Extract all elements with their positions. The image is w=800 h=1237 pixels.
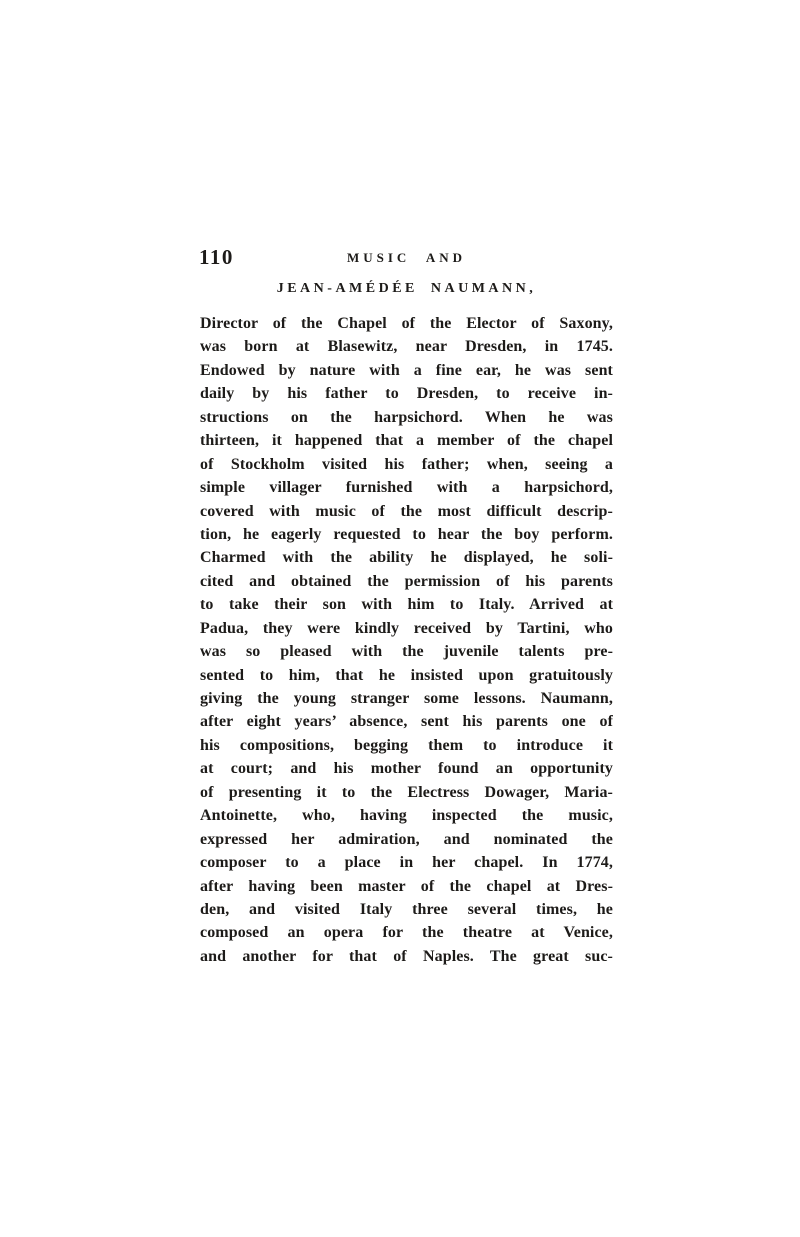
text-line: structions on the harpsichord. When he w… [200, 406, 613, 429]
text-line: sented to him, that he insisted upon gra… [200, 664, 613, 687]
text-line: Padua, they were kindly received by Tart… [200, 617, 613, 640]
text-line: was so pleased with the juvenile talents… [200, 640, 613, 663]
text-line: composer to a place in her chapel. In 17… [200, 851, 613, 874]
section-heading: JEAN-AMÉDÉE NAUMANN, [200, 281, 613, 297]
text-line: of presenting it to the Electress Dowage… [200, 781, 613, 804]
text-line: tion, he eagerly requested to hear the b… [200, 523, 613, 546]
text-line: to take their son with him to Italy. Arr… [200, 593, 613, 616]
text-line: daily by his father to Dresden, to recei… [200, 382, 613, 405]
running-header: MUSIC AND [200, 250, 613, 266]
text-line: composed an opera for the theatre at Ven… [200, 921, 613, 944]
text-line: at court; and his mother found an opport… [200, 757, 613, 780]
text-line: after eight years’ absence, sent his par… [200, 710, 613, 733]
text-line: giving the young stranger some lessons. … [200, 687, 613, 710]
text-line: Endowed by nature with a fine ear, he wa… [200, 359, 613, 382]
text-line: Director of the Chapel of the Elector of… [200, 312, 613, 335]
text-line: covered with music of the most difficult… [200, 500, 613, 523]
text-line: expressed her admiration, and nominated … [200, 828, 613, 851]
text-line: Charmed with the ability he displayed, h… [200, 546, 613, 569]
text-line: of Stockholm visited his father; when, s… [200, 453, 613, 476]
text-line: cited and obtained the permission of his… [200, 570, 613, 593]
book-page: 110 MUSIC AND JEAN-AMÉDÉE NAUMANN, Direc… [0, 0, 800, 1237]
text-line: thirteen, it happened that a member of t… [200, 429, 613, 452]
text-line: his compositions, begging them to introd… [200, 734, 613, 757]
text-line: den, and visited Italy three several tim… [200, 898, 613, 921]
text-line: was born at Blasewitz, near Dresden, in … [200, 335, 613, 358]
text-line: Antoinette, who, having inspected the mu… [200, 804, 613, 827]
text-line: and another for that of Naples. The grea… [200, 945, 613, 968]
text-line: after having been master of the chapel a… [200, 875, 613, 898]
text-line: simple villager furnished with a harpsic… [200, 476, 613, 499]
body-text: Director of the Chapel of the Elector of… [200, 312, 613, 968]
